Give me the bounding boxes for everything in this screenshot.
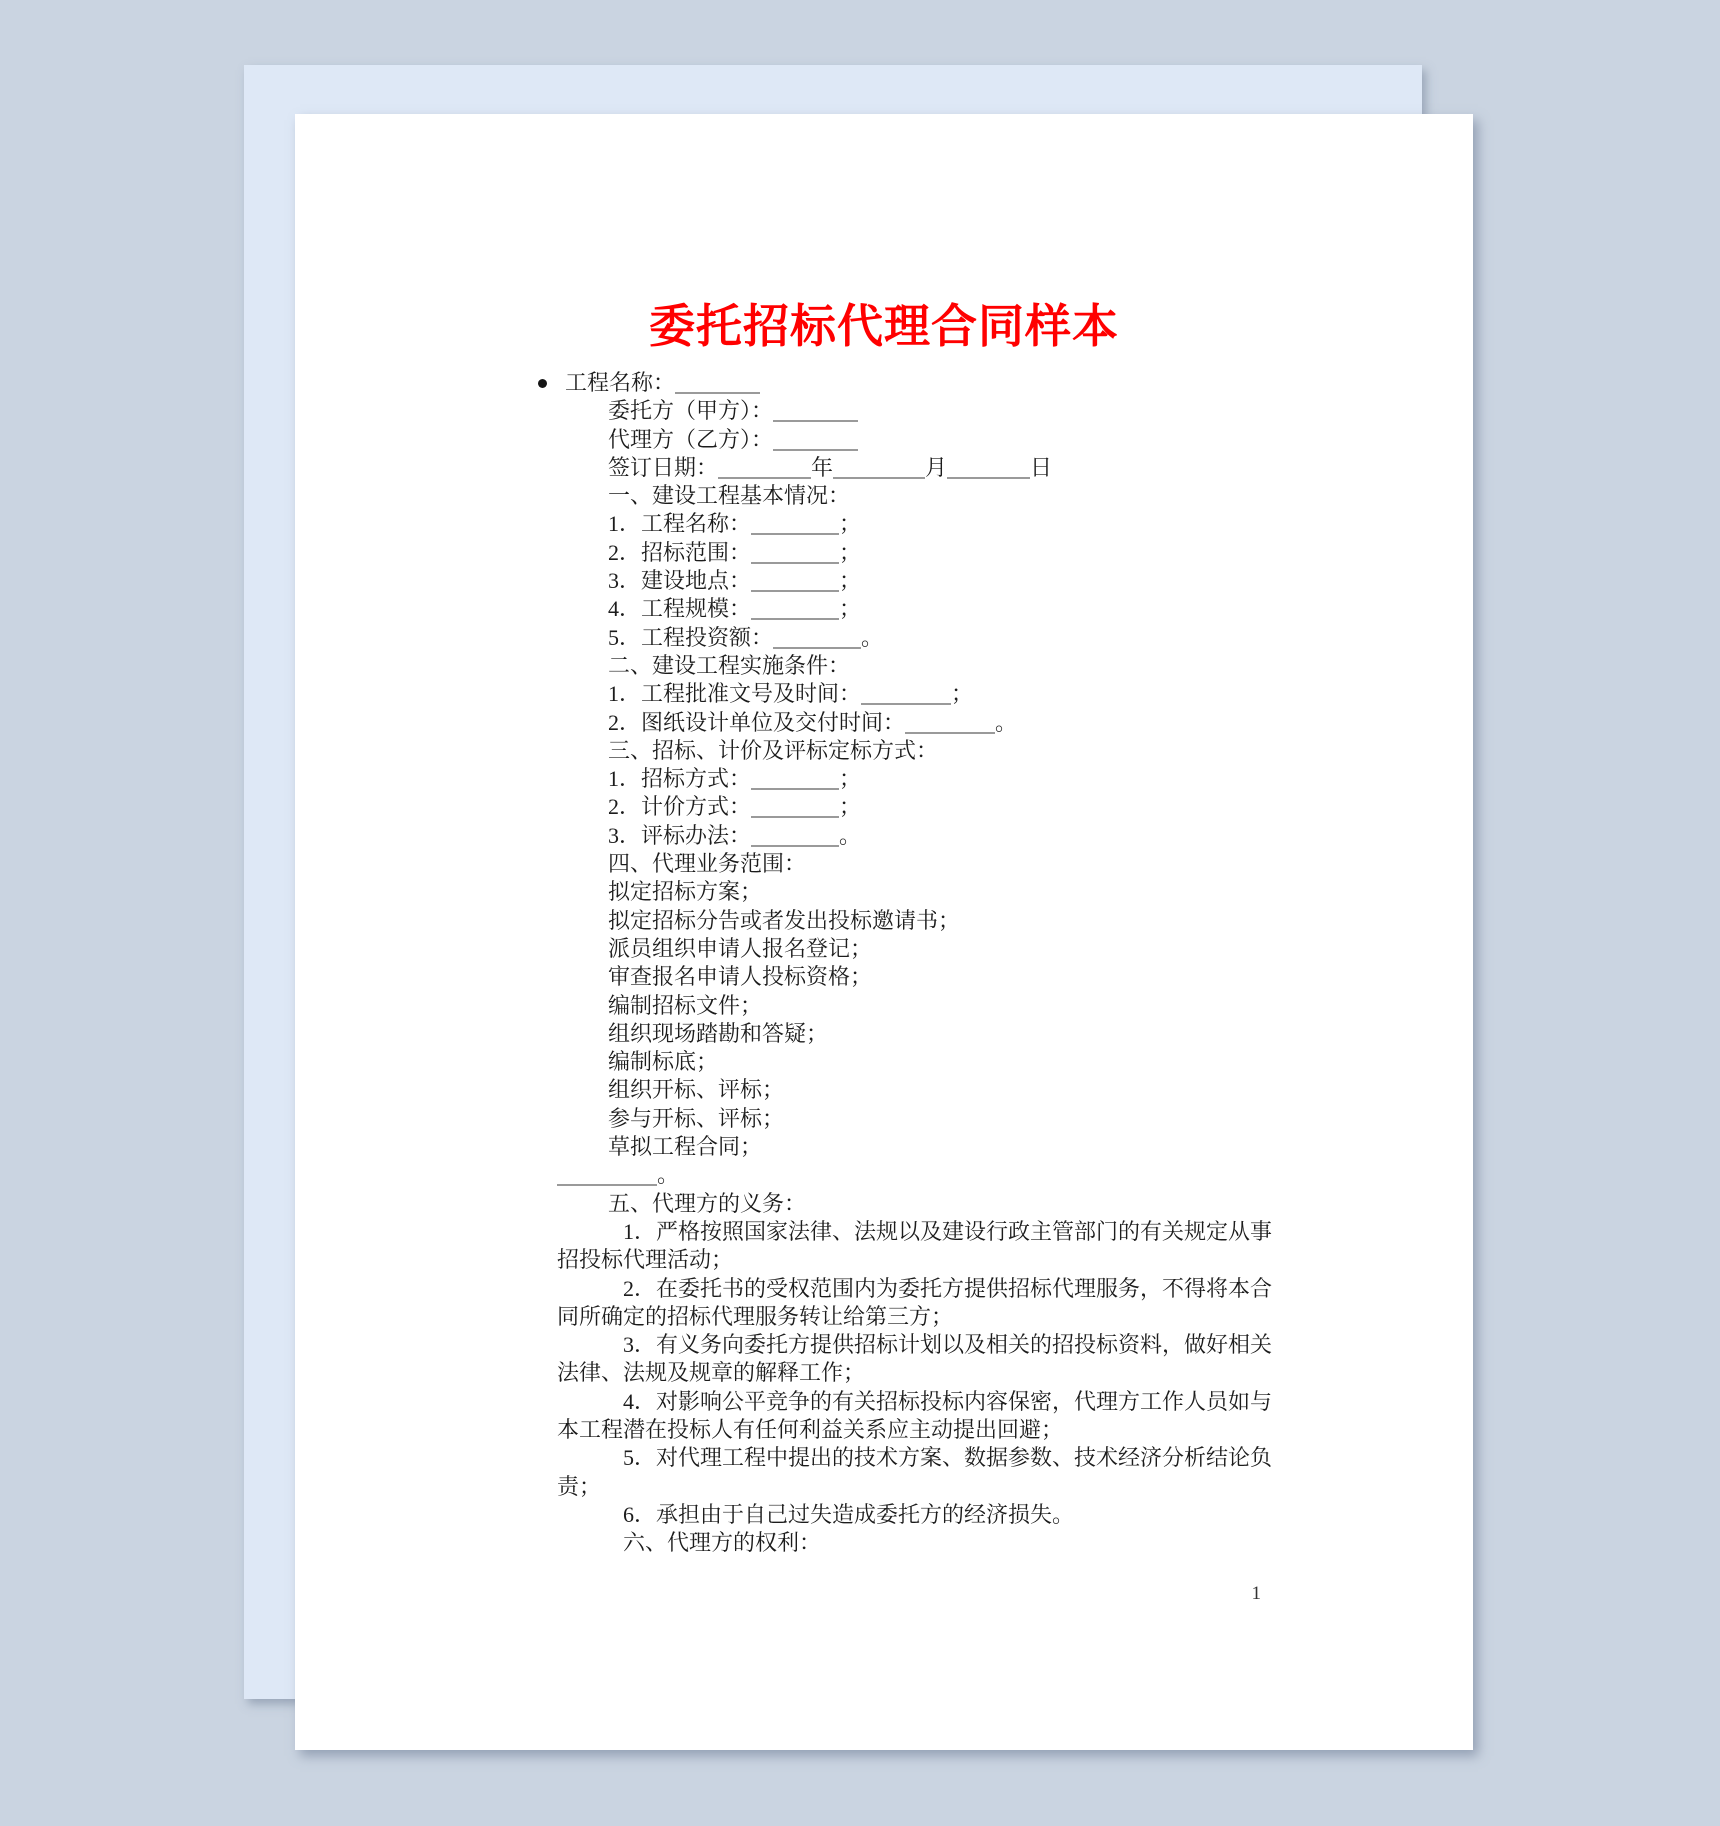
document-line: 三、招标、计价及评标定标方式： [295, 737, 1473, 765]
text-run: 草拟工程合同； [608, 1134, 762, 1159]
text-run: 四、代理业务范围： [608, 851, 806, 876]
document-line: 编制标底； [295, 1048, 1473, 1076]
text-run: 3．建设地点： [608, 568, 751, 593]
document-page: 委托招标代理合同样本 工程名称：委托方（甲方）：代理方（乙方）：签订日期：年月日… [295, 114, 1473, 1750]
document-line: 同所确定的招标代理服务转让给第三方； [295, 1303, 1473, 1331]
blank-field [751, 558, 839, 564]
blank-field [773, 445, 858, 451]
document-line: 派员组织申请人报名登记； [295, 935, 1473, 963]
text-run: 拟定招标方案； [608, 879, 762, 904]
document-line: 5．工程投资额：。 [295, 624, 1473, 652]
text-run: 5．对代理工程中提出的技术方案、数据参数、技术经济分析结论负 [623, 1445, 1272, 1470]
document-line: 1．工程批准文号及时间：； [295, 680, 1473, 708]
text-run: 二、建设工程实施条件： [608, 653, 850, 678]
document-line: 2．招标范围：； [295, 539, 1473, 567]
document-line: 签订日期：年月日 [295, 454, 1473, 482]
text-run: ； [839, 568, 861, 593]
document-line: 2．在委托书的受权范围内为委托方提供招标代理服务，不得将本合 [295, 1275, 1473, 1303]
document-line: 3．评标办法：。 [295, 822, 1473, 850]
document-line: 2．计价方式：； [295, 793, 1473, 821]
document-line: 1．严格按照国家法律、法规以及建设行政主管部门的有关规定从事 [295, 1218, 1473, 1246]
document-line: 四、代理业务范围： [295, 850, 1473, 878]
blank-field [751, 586, 839, 592]
text-run: 审查报名申请人投标资格； [608, 964, 872, 989]
text-run: 六、代理方的权利： [623, 1530, 821, 1555]
text-run: ； [951, 681, 973, 706]
text-run: 。 [839, 823, 861, 848]
text-run: 4．对影响公平竞争的有关招标投标内容保密，代理方工作人员如与 [623, 1389, 1272, 1414]
text-run: 6．承担由于自己过失造成委托方的经济损失。 [623, 1502, 1074, 1527]
document-line: 1．招标方式：； [295, 765, 1473, 793]
text-run: 五、代理方的义务： [608, 1191, 806, 1216]
document-line: 六、代理方的权利： [295, 1529, 1473, 1557]
document-line: 工程名称： [295, 369, 1473, 397]
text-run: ； [839, 794, 861, 819]
text-run: 5．工程投资额： [608, 625, 773, 650]
text-run: ； [839, 766, 861, 791]
blank-field [751, 529, 839, 535]
blank-field [718, 473, 811, 479]
document-line: 草拟工程合同； [295, 1133, 1473, 1161]
blank-field [861, 699, 951, 705]
text-run: 一、建设工程基本情况： [608, 483, 850, 508]
document-line: 委托方（甲方）： [295, 397, 1473, 425]
blank-field [675, 388, 760, 394]
text-run: 代理方（乙方）： [608, 427, 773, 452]
blank-field [773, 416, 858, 422]
text-run: 参与开标、评标； [608, 1106, 784, 1131]
text-run: 责； [557, 1474, 601, 1499]
document-line: 二、建设工程实施条件： [295, 652, 1473, 680]
blank-field [751, 614, 839, 620]
document-line: 拟定招标方案； [295, 878, 1473, 906]
text-run: 日 [1030, 455, 1052, 480]
text-run: 2．计价方式： [608, 794, 751, 819]
text-run: 1．工程批准文号及时间： [608, 681, 861, 706]
text-run: 年 [811, 455, 833, 480]
text-run: 。 [995, 710, 1017, 735]
text-run: 招投标代理活动； [557, 1247, 733, 1272]
document-line: 1．工程名称：； [295, 510, 1473, 538]
document-line: 本工程潜在投标人有任何利益关系应主动提出回避； [295, 1416, 1473, 1444]
text-run: 本工程潜在投标人有任何利益关系应主动提出回避； [557, 1417, 1063, 1442]
document-line: 拟定招标分告或者发出投标邀请书； [295, 907, 1473, 935]
text-run: 同所确定的招标代理服务转让给第三方； [557, 1304, 953, 1329]
text-run: 三、招标、计价及评标定标方式： [608, 738, 938, 763]
document-line: 4．对影响公平竞争的有关招标投标内容保密，代理方工作人员如与 [295, 1388, 1473, 1416]
text-run: 月 [925, 455, 947, 480]
text-run: 组织现场踏勘和答疑； [608, 1021, 828, 1046]
text-run: 派员组织申请人报名登记； [608, 936, 872, 961]
text-run: 组织开标、评标； [608, 1077, 784, 1102]
document-line: 代理方（乙方）： [295, 426, 1473, 454]
text-run: 委托方（甲方）： [608, 398, 773, 423]
document-line: 审查报名申请人投标资格； [295, 963, 1473, 991]
text-run: ； [839, 596, 861, 621]
blank-field [751, 784, 839, 790]
document-line: 3．有义务向委托方提供招标计划以及相关的招投标资料，做好相关 [295, 1331, 1473, 1359]
text-run: 。 [657, 1162, 679, 1187]
text-run: 4．工程规模： [608, 596, 751, 621]
text-run: 编制招标文件； [608, 993, 762, 1018]
document-line: 3．建设地点：； [295, 567, 1473, 595]
text-run: 3．评标办法： [608, 823, 751, 848]
blank-field [833, 473, 925, 479]
blank-field [557, 1180, 657, 1186]
document-body: 工程名称：委托方（甲方）：代理方（乙方）：签订日期：年月日一、建设工程基本情况：… [295, 369, 1473, 1557]
text-run: 1．严格按照国家法律、法规以及建设行政主管部门的有关规定从事 [623, 1219, 1272, 1244]
page-number: 1 [1252, 1582, 1262, 1606]
document-line: 组织开标、评标； [295, 1076, 1473, 1104]
text-run: 编制标底； [608, 1049, 718, 1074]
blank-field [751, 841, 839, 847]
text-run: 3．有义务向委托方提供招标计划以及相关的招投标资料，做好相关 [623, 1332, 1272, 1357]
document-line: 组织现场踏勘和答疑； [295, 1020, 1473, 1048]
text-run: ； [839, 511, 861, 536]
document-line: 。 [295, 1161, 1473, 1189]
text-run: 。 [861, 625, 883, 650]
canvas: { "colors": { "background": "#cad4e1", "… [0, 0, 1720, 1826]
document-line: 编制招标文件； [295, 992, 1473, 1020]
text-run: 工程名称： [565, 370, 675, 395]
text-run: 2．在委托书的受权范围内为委托方提供招标代理服务，不得将本合 [623, 1276, 1272, 1301]
text-run: 拟定招标分告或者发出投标邀请书； [608, 908, 960, 933]
document-line: 6．承担由于自己过失造成委托方的经济损失。 [295, 1501, 1473, 1529]
text-run: 1．工程名称： [608, 511, 751, 536]
document-line: 5．对代理工程中提出的技术方案、数据参数、技术经济分析结论负 [295, 1444, 1473, 1472]
blank-field [751, 812, 839, 818]
document-line: 法律、法规及规章的解释工作； [295, 1359, 1473, 1387]
document-line: 一、建设工程基本情况： [295, 482, 1473, 510]
blank-field [905, 728, 995, 734]
text-run: 2．图纸设计单位及交付时间： [608, 710, 905, 735]
text-run: 1．招标方式： [608, 766, 751, 791]
text-run: 法律、法规及规章的解释工作； [557, 1360, 865, 1385]
blank-field [773, 643, 861, 649]
text-run: 签订日期： [608, 455, 718, 480]
document-line: 招投标代理活动； [295, 1246, 1473, 1274]
document-line: 责； [295, 1473, 1473, 1501]
document-line: 4．工程规模：； [295, 595, 1473, 623]
bullet-icon [538, 379, 547, 388]
document-line: 2．图纸设计单位及交付时间：。 [295, 709, 1473, 737]
blank-field [947, 473, 1030, 479]
document-title: 委托招标代理合同样本 [295, 300, 1473, 352]
document-line: 五、代理方的义务： [295, 1190, 1473, 1218]
text-run: 2．招标范围： [608, 540, 751, 565]
document-line: 参与开标、评标； [295, 1105, 1473, 1133]
text-run: ； [839, 540, 861, 565]
